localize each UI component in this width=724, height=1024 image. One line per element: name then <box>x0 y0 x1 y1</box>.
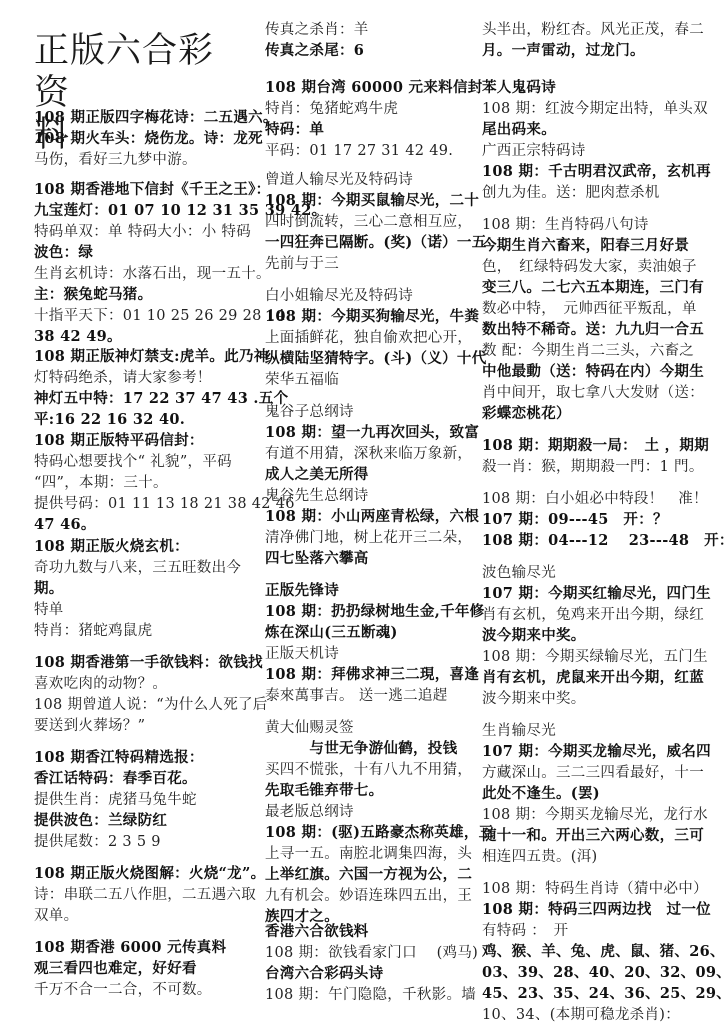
text-line: 肖有玄机，虎鼠来开出今期，红蓝 <box>482 668 704 688</box>
text-line: 108 期：04---12 23---48 开：？ <box>482 531 724 551</box>
text-line: 马伤，看好三九梦中游。 <box>34 150 197 170</box>
text-line: 45、23、35、24、36、25、29、30、 <box>482 984 724 1004</box>
text-line: 108 期：望一九再次回头，致富 <box>265 423 479 443</box>
text-line: 生肖输尽光 <box>482 721 556 741</box>
text-line: 中他最動（送：特码在内）今期生 <box>482 362 704 382</box>
text-line: 相连四五贵。(洱) <box>482 847 598 867</box>
text-line: 108 期：生肖特码八句诗 <box>482 215 649 235</box>
text-line: 108 期：特码三四两边找 过一位 <box>482 900 711 920</box>
text-line: 有道不用猜，深秋来临万象新， <box>265 444 472 464</box>
text-line: 最老版总纲诗 <box>265 802 354 822</box>
text-line: 鬼谷子总纲诗 <box>265 402 354 422</box>
text-line: 108 期：特码生肖诗（猜中必中） <box>482 879 708 899</box>
text-line: 提供号码：01 11 13 18 21 38 42 46 <box>34 494 295 514</box>
text-line: 03、39、28、40、20、32、09、21、 <box>482 963 724 983</box>
text-line: 108 期：欲钱看家门口 (鸡马) <box>265 943 478 963</box>
text-line: 诗：串联二五八作胆，二五遇六取 <box>34 885 256 905</box>
text-line: 波今期来中奖。 <box>482 689 586 709</box>
text-line: 38 42 49。 <box>34 327 122 347</box>
text-line: 与世无争游仙鹤，投钱 <box>265 739 457 759</box>
text-line: 今期生肖六畜来，阳春三月好景 <box>482 236 689 256</box>
text-line: 108 期正版特平码信封： <box>34 431 204 451</box>
text-line: 神灯五中特：17 22 37 47 43 .五个 <box>34 389 288 409</box>
text-line: 香港六合欲钱料 <box>265 922 369 942</box>
text-line: 108 期：今期买龙输尽光，龙行水 <box>482 805 708 825</box>
text-line: 方藏深山。三二三四看最好，十一 <box>482 763 704 783</box>
text-line: 创九为佳。送：肥肉惹杀机 <box>482 183 660 203</box>
text-line: 平:16 22 16 32 40. <box>34 410 185 430</box>
text-line: 108 期：红波今期定出特，单头双 <box>482 99 708 119</box>
text-line: 108 期：小山两座青松绿，六根 <box>265 507 479 527</box>
text-line: 主：猴兔蛇马猪。 <box>34 285 152 305</box>
text-line: 先取毛锥弃带七。 <box>265 781 383 801</box>
text-line: 传真之杀尾：6 <box>265 41 364 61</box>
text-line: 特肖：猪蛇鸡鼠虎 <box>34 621 152 641</box>
text-line: 108 期：午门隐隐，千秋影。墙 <box>265 985 476 1005</box>
text-line: 特码心想要找个“ 礼貌”，平码 <box>34 452 232 472</box>
text-line: 此处不逢生。(罢) <box>482 784 600 804</box>
text-line: 双单。 <box>34 906 78 926</box>
text-line: 泰來萬事吉。 送一逃二追趕 <box>265 686 448 706</box>
text-line: 108 期：今期买绿输尽光，五门生 <box>482 647 708 667</box>
text-line: 数 配：今期生肖二三头，六畜之 <box>482 341 694 361</box>
text-line: 荣华五福临 <box>265 370 339 390</box>
text-line: 头半出，粉红杏。风光正茂，春二 <box>482 20 704 40</box>
text-line: 纵横陆坚猜特字。(斗)（义）十代 <box>265 349 487 369</box>
text-line: 黄大仙赐灵签 <box>265 718 354 738</box>
text-line: 鸡、猴、羊、兔、虎、鼠、猪、26、 <box>482 942 724 962</box>
newsletter-page: 正版六合彩资 料 108 期正版四字梅花诗：二五遇六。108 期火车头：烧伤龙。… <box>0 0 724 1024</box>
text-line: 生肖玄机诗：水落石出，现一五十。 <box>34 264 271 284</box>
text-line: 108 期正版四字梅花诗：二五遇六。 <box>34 108 278 128</box>
text-line: 白小姐输尽光及特码诗 <box>265 286 413 306</box>
text-line: 上举红旗。六国一方视为公，二 <box>265 865 472 885</box>
text-line: 特单 <box>34 600 64 620</box>
text-line: 波今期来中奖。 <box>482 626 586 646</box>
text-line: 108 期：千古明君汉武帝，玄机再 <box>482 162 711 182</box>
text-line: 正版天机诗 <box>265 644 339 664</box>
text-line: 十指平天下：01 10 25 26 29 28 14 <box>34 306 286 326</box>
text-line: 108 期香港 6000 元传真料 <box>34 938 226 958</box>
text-line: 波色输尽光 <box>482 563 556 583</box>
text-line: 108 期台湾 60000 元来料信封 <box>265 78 483 98</box>
text-line: 提供尾数：2 3 5 9 <box>34 832 161 852</box>
text-line: 特肖：兔猪蛇鸡牛虎 <box>265 99 398 119</box>
text-line: 肖中间开，取七拿八大发财（送： <box>482 383 704 403</box>
text-line: 彩蝶恋桃花） <box>482 404 571 424</box>
text-line: 清净佛门地，树上花开三二朵， <box>265 528 472 548</box>
text-line: 107 期：今期买红输尽光，四门生 <box>482 584 711 604</box>
text-line: 期。 <box>34 579 64 599</box>
text-line: “四”，本期：三十。 <box>34 473 168 493</box>
text-line: 提供波色：兰绿防红 <box>34 811 167 831</box>
text-line: 108 期：扔扔绿树地生金,千年修 <box>265 602 484 622</box>
text-line: 数必中特， 元帅西征平叛乱，单 <box>482 299 697 319</box>
text-line: 尾出码来。 <box>482 120 556 140</box>
text-line: 成人之美无所得 <box>265 465 369 485</box>
text-line: 传真之杀肖：羊 <box>265 20 369 40</box>
text-line: 108 期：今期买狗输尽光，牛粪 <box>265 307 479 327</box>
text-line: 色， 红绿特码发大家，卖油娘子 <box>482 257 697 277</box>
text-line: 上面插鲜花，独自偷欢把心开， <box>265 328 472 348</box>
text-line: 108 期香江特码精选报： <box>34 748 204 768</box>
text-line: 有特码 ： 开 <box>482 921 568 941</box>
text-line: 千万不合一二合，不可数。 <box>34 980 212 1000</box>
text-line: 107 期：今期买龙输尽光，威名四 <box>482 742 711 762</box>
text-line: 特码：单 <box>265 120 324 140</box>
text-line: 107 期：09---45 开：？ <box>482 510 668 530</box>
text-line: 特码单双：单 特码大小：小 特码 <box>34 222 251 242</box>
text-line: 正版先锋诗 <box>265 581 339 601</box>
text-line: 数出特不稀奇。送：九九归一合五 <box>482 320 704 340</box>
text-line: 一四狂奔已隔断。(奖)（诺）一五 <box>265 233 487 253</box>
text-line: 108 期：白小姐必中特段！ 准！ <box>482 489 708 509</box>
text-line: 苯人鬼码诗 <box>482 78 556 98</box>
text-line: 平码：01 17 27 31 42 49. <box>265 141 453 161</box>
text-line: 奇功九数与八来，三五旺数出今 <box>34 558 241 578</box>
text-line: 四七坠落六攀高 <box>265 549 369 569</box>
text-line: 108 期：拜佛求神三二現，喜逢 <box>265 665 479 685</box>
text-line: 108 期香港地下信封《千王之王》： <box>34 180 270 200</box>
text-line: 九有机会。妙语连珠四五出，王 <box>265 886 472 906</box>
text-line: 47 46。 <box>34 515 96 535</box>
text-line: 上寻一五。南腔北调集四海，头 <box>265 844 472 864</box>
text-line: 108 期曾道人说：“为什么人死了后 <box>34 695 268 715</box>
text-line: 108 期：期期殺一局： 土 ，期期 <box>482 436 709 456</box>
text-line: 随十一和。开出三六两心数，三可 <box>482 826 704 846</box>
text-line: 提供生肖：虎猪马兔牛蛇 <box>34 790 197 810</box>
text-line: 月。一声雷动，过龙门。 <box>482 41 645 61</box>
text-line: 香江话特码：春季百花。 <box>34 769 197 789</box>
text-line: 先前与于三 <box>265 254 339 274</box>
text-line: 108 期：今期买鼠输尽光，二十 <box>265 191 479 211</box>
text-line: 喜欢吃肉的动物？。 <box>34 674 167 694</box>
text-line: 肖有玄机，兔鸡来开出今期，绿红 <box>482 605 704 625</box>
text-line: 炼在深山(三五断魂) <box>265 623 398 643</box>
text-line: 曾道人输尽光及特码诗 <box>265 170 413 190</box>
text-line: 变三八。二七六五本期连，三门有 <box>482 278 704 298</box>
text-line: 10、34、(本期可稳龙杀肖)： <box>482 1005 680 1024</box>
text-line: 108 期：(驱)五路豪杰称英雄，三 <box>265 823 493 843</box>
text-line: 108 期香港第一手欲钱料：欲钱找 <box>34 653 263 673</box>
text-line: 买四不慌张，十有八九不用猜， <box>265 760 472 780</box>
text-line: 108 期正版神灯禁支:虎羊。此乃神 <box>34 347 269 367</box>
text-line: 鬼谷先生总纲诗 <box>265 486 369 506</box>
text-line: 108 期火车头：烧伤龙。诗：龙死 <box>34 129 263 149</box>
text-line: 殺一肖：猴，期期殺一門：1 門。 <box>482 457 704 477</box>
text-line: 观三看四也难定，好好看 <box>34 959 197 979</box>
text-line: 要送到火葬场？” <box>34 716 145 736</box>
text-line: 灯特码绝杀，请大家参考！ <box>34 368 212 388</box>
text-line: 台湾六合彩码头诗 <box>265 964 383 984</box>
page-title-line-1: 正版六合彩资 <box>34 30 244 114</box>
text-line: 广西正宗特码诗 <box>482 141 586 161</box>
text-line: 108 期正版火烧玄机： <box>34 537 189 557</box>
text-line: 108 期正版火烧图解：火烧“龙”。 <box>34 864 265 884</box>
text-line: 四时倒流转，三心二意相互应， <box>265 212 472 232</box>
text-line: 波色：绿 <box>34 243 93 263</box>
